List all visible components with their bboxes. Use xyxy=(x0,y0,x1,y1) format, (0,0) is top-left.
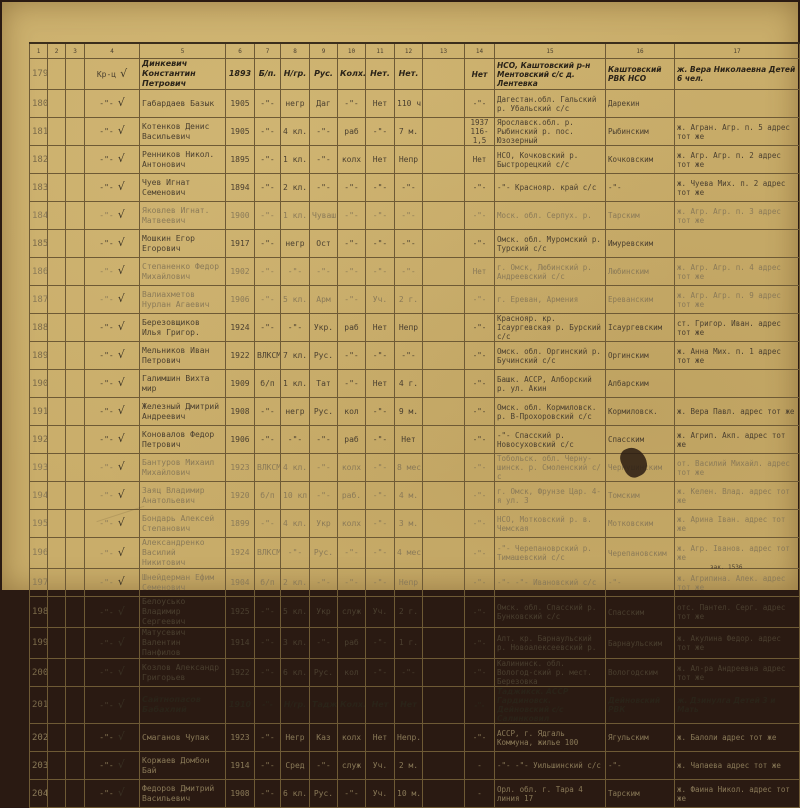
checkmark-icon: √ xyxy=(118,180,125,193)
col-11: Нет. xyxy=(366,59,395,90)
full-name: Заяц Владимир Анатольевич xyxy=(140,482,226,510)
full-name: Валиахметов Нурлан Агаевич xyxy=(140,286,226,314)
col-13 xyxy=(423,90,465,118)
col-14: -"- xyxy=(465,342,495,370)
col-11: Уч. xyxy=(366,286,395,314)
birthplace: г. Омск, Фрунзе Цар. 4-я ул. 3 xyxy=(495,482,606,510)
column-number-7: 7 xyxy=(255,43,281,59)
table-row: 179Кр-ц√Динкевич Константин Петрович1893… xyxy=(30,59,800,90)
full-name: Котенков Денис Васильевич xyxy=(140,118,226,146)
rank: -"-√ xyxy=(85,454,140,482)
col-14: -"- xyxy=(465,90,495,118)
rank: -"-√ xyxy=(85,90,140,118)
birthplace: -"- -"- Ивановский с/с xyxy=(495,569,606,593)
col-3 xyxy=(66,538,85,569)
col-13 xyxy=(423,370,465,398)
education: 5 кл. xyxy=(281,286,310,314)
col-11: Нет xyxy=(366,314,395,342)
col-14: Нет xyxy=(465,258,495,286)
col-14: Нет xyxy=(465,146,495,174)
print-order-code: зак. 1536 xyxy=(710,564,743,571)
col-13 xyxy=(423,202,465,230)
table-row: 186-"-√Степаненко Федор Михайлович1902-"… xyxy=(30,258,800,286)
col-14: -"- xyxy=(465,398,495,426)
conscripted-by-rvk: Ереванским xyxy=(606,286,675,314)
col-2 xyxy=(48,482,66,510)
table-row: 191-"-√Железный Дмитрий Андреевич1908-"-… xyxy=(30,398,800,426)
birth-year: 1895 xyxy=(226,146,255,174)
nationality: Тат xyxy=(310,370,338,398)
row-number: 191 xyxy=(30,398,48,426)
col-3 xyxy=(66,342,85,370)
col-12: Непр xyxy=(395,569,423,593)
family-address: ст. Григор. Иван. адрес тот же xyxy=(675,314,800,342)
birthplace: г. Ереван, Армения xyxy=(495,286,606,314)
col-12: 7 м. xyxy=(395,118,423,146)
rank: -"-√ xyxy=(85,569,140,593)
birth-year: 1909 xyxy=(226,370,255,398)
checkmark-icon: √ xyxy=(118,348,125,361)
party-membership: б/п xyxy=(255,482,281,510)
row-number: 183 xyxy=(30,174,48,202)
family-address: ж. Агр. Агр. п. 9 адрес тот же xyxy=(675,286,800,314)
column-number-14: 14 xyxy=(465,43,495,59)
nationality: -"- xyxy=(310,426,338,454)
table-row: 181-"-√Котенков Денис Васильевич1905-"-4… xyxy=(30,118,800,146)
column-number-2: 2 xyxy=(48,43,66,59)
column-number-12: 12 xyxy=(395,43,423,59)
full-name: Чуев Игнат Семенович xyxy=(140,174,226,202)
rank: -"-√ xyxy=(85,426,140,454)
row-number: 190 xyxy=(30,370,48,398)
family-address xyxy=(675,230,800,258)
conscripted-by-rvk: Рыбинским xyxy=(606,118,675,146)
column-number-1: 1 xyxy=(30,43,48,59)
nationality: Рус. xyxy=(310,538,338,569)
family-address: ж. Агр. Агр. п. 4 адрес тот же xyxy=(675,258,800,286)
row-number: 189 xyxy=(30,342,48,370)
col-14: -"- xyxy=(465,230,495,258)
col-14: -"- xyxy=(465,426,495,454)
nationality: -"- xyxy=(310,146,338,174)
full-name: Александренко Василий Никитович xyxy=(140,538,226,569)
full-name: Галимшин Вихта мир xyxy=(140,370,226,398)
col-2 xyxy=(48,118,66,146)
col-14: -"- xyxy=(465,454,495,482)
rank: -"-√ xyxy=(85,202,140,230)
col-13 xyxy=(423,454,465,482)
row-number: 194 xyxy=(30,482,48,510)
col-12: 4 г. xyxy=(395,370,423,398)
column-number-10: 10 xyxy=(338,43,366,59)
birthplace: Башк. АССР, Алборский р. ул. Акин xyxy=(495,370,606,398)
conscripted-by-rvk: Черепановским xyxy=(606,538,675,569)
row-number: 181 xyxy=(30,118,48,146)
col-12: -"- xyxy=(395,342,423,370)
col-2 xyxy=(48,454,66,482)
table-row: 189-"-√Мельников Иван Петрович1922ВЛКСМ7… xyxy=(30,342,800,370)
col-12: 3 м. xyxy=(395,510,423,538)
checkmark-icon: √ xyxy=(118,575,125,588)
col-11: -"- xyxy=(366,118,395,146)
birthplace: НСО, Мотковский р. в. Чемская xyxy=(495,510,606,538)
social-origin: -"- xyxy=(338,202,366,230)
checkmark-icon: √ xyxy=(118,292,125,305)
education: 7 кл. xyxy=(281,342,310,370)
col-3 xyxy=(66,510,85,538)
family-address: ж. Арина Іван. адрес тот же xyxy=(675,510,800,538)
row-number: 185 xyxy=(30,230,48,258)
education: негр xyxy=(281,230,310,258)
conscript-ledger-table: 1234567891011121314151617 179Кр-ц√Динкев… xyxy=(29,42,800,592)
rank-text: -"- xyxy=(99,155,113,164)
col-13 xyxy=(423,258,465,286)
col-2 xyxy=(48,569,66,593)
nationality: Укр xyxy=(310,510,338,538)
education: 4 кл. xyxy=(281,454,310,482)
full-name: Железный Дмитрий Андреевич xyxy=(140,398,226,426)
col-13 xyxy=(423,569,465,593)
col-2 xyxy=(48,146,66,174)
checkmark-icon: √ xyxy=(118,404,125,417)
social-origin: -"- xyxy=(338,174,366,202)
rank: -"-√ xyxy=(85,398,140,426)
party-membership: -"- xyxy=(255,202,281,230)
table-row: 190-"-√Галимшин Вихта мир1909б/п1 кл.Тат… xyxy=(30,370,800,398)
col-2 xyxy=(48,202,66,230)
conscripted-by-rvk: -"- xyxy=(606,569,675,593)
col-3 xyxy=(66,146,85,174)
col-14: -"- xyxy=(465,510,495,538)
conscripted-by-rvk: Любинским xyxy=(606,258,675,286)
rank: -"-√ xyxy=(85,258,140,286)
col-12: 4 м. xyxy=(395,482,423,510)
table-row: 184-"-√Яковлев Игнат. Матвеевич1900-"-1 … xyxy=(30,202,800,230)
checkmark-icon: √ xyxy=(118,124,125,137)
family-address: ж. Агрип. Акп. адрес тот же xyxy=(675,426,800,454)
checkmark-icon: √ xyxy=(118,208,125,221)
party-membership: -"- xyxy=(255,118,281,146)
conscripted-by-rvk: Спасским xyxy=(606,426,675,454)
col-3 xyxy=(66,482,85,510)
social-origin: -"- xyxy=(338,342,366,370)
social-origin: Колх. xyxy=(338,59,366,90)
table-row: 193-"-√Бантуров Михаил Михайлович1923ВЛК… xyxy=(30,454,800,482)
social-origin: -"- xyxy=(338,569,366,593)
row-number: 196 xyxy=(30,538,48,569)
col-13 xyxy=(423,59,465,90)
social-origin: раб xyxy=(338,118,366,146)
row-number: 187 xyxy=(30,286,48,314)
birthplace: -"- Спасский р. Новосуховский с/с xyxy=(495,426,606,454)
col-12: -"- xyxy=(395,202,423,230)
column-number-8: 8 xyxy=(281,43,310,59)
table-row: 180-"-√Габардаев Базык1905-"-негрДаг-"-Н… xyxy=(30,90,800,118)
col-3 xyxy=(66,286,85,314)
col-12: 2 г. xyxy=(395,286,423,314)
col-13 xyxy=(423,342,465,370)
rank-text: -"- xyxy=(99,435,113,444)
row-number: 195 xyxy=(30,510,48,538)
education: 2 кл. xyxy=(281,569,310,593)
rank-text: -"- xyxy=(99,127,113,136)
rank: -"-√ xyxy=(85,286,140,314)
social-origin: колх xyxy=(338,510,366,538)
education: -"- xyxy=(281,538,310,569)
social-origin: раб. xyxy=(338,482,366,510)
rank: -"-√ xyxy=(85,230,140,258)
col-3 xyxy=(66,569,85,593)
social-origin: -"- xyxy=(338,286,366,314)
col-14: -"- xyxy=(465,370,495,398)
nationality: Рус. xyxy=(310,342,338,370)
col-11: -"- xyxy=(366,482,395,510)
nationality: -"- xyxy=(310,174,338,202)
birthplace: Дагестан.обл. Гальский р. Убальский с/с xyxy=(495,90,606,118)
conscripted-by-rvk: -"- xyxy=(606,174,675,202)
row-number: 193 xyxy=(30,454,48,482)
col-13 xyxy=(423,426,465,454)
nationality: Чуваш xyxy=(310,202,338,230)
birth-year: 1920 xyxy=(226,482,255,510)
family-address: ж. Агр. Агр. п. 2 адрес тот же xyxy=(675,146,800,174)
col-13 xyxy=(423,146,465,174)
family-address xyxy=(675,90,800,118)
birth-year: 1900 xyxy=(226,202,255,230)
table-row: 185-"-√Мошкин Егор Егорович1917-"-негрОс… xyxy=(30,230,800,258)
col-12: 4 мес. xyxy=(395,538,423,569)
col-2 xyxy=(48,538,66,569)
family-address: от. Василий Михайл. адрес тот же xyxy=(675,454,800,482)
table-row: 182-"-√Ренников Никол. Антонович1895-"-1… xyxy=(30,146,800,174)
nationality: Арм xyxy=(310,286,338,314)
rank-text: -"- xyxy=(99,267,113,276)
party-membership: -"- xyxy=(255,426,281,454)
col-11: -"- xyxy=(366,510,395,538)
conscripted-by-rvk: Албарским xyxy=(606,370,675,398)
birthplace: НСО, Каштовский р-н Ментовский с/с д. Ле… xyxy=(495,59,606,90)
column-number-11: 11 xyxy=(366,43,395,59)
column-number-row: 1234567891011121314151617 xyxy=(30,43,800,59)
table-row: 196-"-√Александренко Василий Никитович19… xyxy=(30,538,800,569)
family-address: ж. Вера Николаевна Детей 6 чел. xyxy=(675,59,800,90)
col-11: -"- xyxy=(366,230,395,258)
education: негр xyxy=(281,398,310,426)
birthplace: Краснояр. кр. Ісаургевская р. Бурский с/… xyxy=(495,314,606,342)
col-2 xyxy=(48,370,66,398)
col-14: -"- xyxy=(465,538,495,569)
col-2 xyxy=(48,230,66,258)
education: 1 кл. xyxy=(281,146,310,174)
conscripted-by-rvk: Мотковским xyxy=(606,510,675,538)
column-number-4: 4 xyxy=(85,43,140,59)
nationality: Рус. xyxy=(310,59,338,90)
col-14: -"- xyxy=(465,482,495,510)
col-3 xyxy=(66,258,85,286)
checkmark-icon: √ xyxy=(118,546,125,559)
checkmark-icon: √ xyxy=(118,432,125,445)
col-3 xyxy=(66,314,85,342)
col-13 xyxy=(423,230,465,258)
education: 2 кл. xyxy=(281,174,310,202)
party-membership: -"- xyxy=(255,286,281,314)
birth-year: 1902 xyxy=(226,258,255,286)
col-11: Нет xyxy=(366,146,395,174)
col-3 xyxy=(66,59,85,90)
col-3 xyxy=(66,370,85,398)
col-12: Непр xyxy=(395,146,423,174)
table-row: 192-"-√Коновалов Федор Петрович1906-"--"… xyxy=(30,426,800,454)
social-origin: раб xyxy=(338,426,366,454)
birthplace: Омск. обл. Кормиловск. р. В-Прохоровский… xyxy=(495,398,606,426)
table-row: 187-"-√Валиахметов Нурлан Агаевич1906-"-… xyxy=(30,286,800,314)
col-2 xyxy=(48,342,66,370)
nationality: -"- xyxy=(310,569,338,593)
checkmark-icon: √ xyxy=(118,320,125,333)
row-number: 182 xyxy=(30,146,48,174)
social-origin: колх xyxy=(338,454,366,482)
col-13 xyxy=(423,174,465,202)
checkmark-icon: √ xyxy=(120,67,127,80)
full-name: Яковлев Игнат. Матвеевич xyxy=(140,202,226,230)
col-11: -"- xyxy=(366,398,395,426)
birthplace: Моск. обл. Серпух. р. xyxy=(495,202,606,230)
birthplace: НСО, Кочковский р. Быстрорецкий с/с xyxy=(495,146,606,174)
col-3 xyxy=(66,454,85,482)
party-membership: Б/п. xyxy=(255,59,281,90)
row-number: 186 xyxy=(30,258,48,286)
rank: -"-√ xyxy=(85,174,140,202)
col-2 xyxy=(48,314,66,342)
conscripted-by-rvk: Кормиловск. xyxy=(606,398,675,426)
row-number: 188 xyxy=(30,314,48,342)
col-12: Нет xyxy=(395,426,423,454)
rank-text: -"- xyxy=(99,99,113,108)
checkmark-icon: √ xyxy=(118,460,125,473)
education: -"- xyxy=(281,314,310,342)
birthplace: Омск. обл. Оргинский р. Бучинский с/с xyxy=(495,342,606,370)
column-number-5: 5 xyxy=(140,43,226,59)
checkmark-icon: √ xyxy=(118,376,125,389)
col-14: -"- xyxy=(465,314,495,342)
col-14: -"- xyxy=(465,202,495,230)
column-number-3: 3 xyxy=(66,43,85,59)
col-3 xyxy=(66,202,85,230)
nationality: Укр. xyxy=(310,314,338,342)
social-origin: -"- xyxy=(338,90,366,118)
birth-year: 1893 xyxy=(226,59,255,90)
table-row: 194-"-√Заяц Владимир Анатольевич1920б/п1… xyxy=(30,482,800,510)
full-name: Коновалов Федор Петрович xyxy=(140,426,226,454)
col-11: -"- xyxy=(366,454,395,482)
family-address: ж. Келен. Влад. адрес тот же xyxy=(675,482,800,510)
col-13 xyxy=(423,538,465,569)
family-address: ж. Агрипина. Алек. адрес тот же xyxy=(675,569,800,593)
checkmark-icon: √ xyxy=(118,264,125,277)
party-membership: -"- xyxy=(255,510,281,538)
birthplace: -"- Черепановрский р. Тимашевский с/с xyxy=(495,538,606,569)
education: негр xyxy=(281,90,310,118)
col-12: 9 м. xyxy=(395,398,423,426)
conscripted-by-rvk: Тарским xyxy=(606,202,675,230)
col-11: -"- xyxy=(366,538,395,569)
party-membership: -"- xyxy=(255,230,281,258)
rank: -"-√ xyxy=(85,146,140,174)
birth-year: 1908 xyxy=(226,398,255,426)
birthplace: г. Омск, Любинский р. Андреевский с/с xyxy=(495,258,606,286)
rank-text: Кр-ц xyxy=(97,70,116,79)
column-number-9: 9 xyxy=(310,43,338,59)
rank-text: -"- xyxy=(99,295,113,304)
birth-year: 1894 xyxy=(226,174,255,202)
col-3 xyxy=(66,118,85,146)
education: 1 кл. xyxy=(281,202,310,230)
nationality: -"- xyxy=(310,454,338,482)
rank-text: -"- xyxy=(99,239,113,248)
rank-text: -"- xyxy=(99,379,113,388)
column-number-13: 13 xyxy=(423,43,465,59)
education: 1 кл. xyxy=(281,370,310,398)
col-11: -"- xyxy=(366,426,395,454)
family-address: ж. Агр. Агр. п. 3 адрес тот же xyxy=(675,202,800,230)
family-address xyxy=(675,370,800,398)
col-11: -"- xyxy=(366,258,395,286)
col-12: -"- xyxy=(395,230,423,258)
col-13 xyxy=(423,286,465,314)
conscripted-by-rvk: Оргинским xyxy=(606,342,675,370)
birthplace: Омск. обл. Муромский р. Турский с/с xyxy=(495,230,606,258)
social-origin: -"- xyxy=(338,230,366,258)
social-origin: колх xyxy=(338,146,366,174)
col-13 xyxy=(423,510,465,538)
column-number-16: 16 xyxy=(606,43,675,59)
birth-year: 1924 xyxy=(226,314,255,342)
full-name: Бантуров Михаил Михайлович xyxy=(140,454,226,482)
checkmark-icon: √ xyxy=(118,96,125,109)
rank: -"-√ xyxy=(85,538,140,569)
social-origin: кол xyxy=(338,398,366,426)
education: 4 кл. xyxy=(281,118,310,146)
rank: -"-√ xyxy=(85,314,140,342)
party-membership: б/п xyxy=(255,370,281,398)
col-2 xyxy=(48,90,66,118)
row-number: 192 xyxy=(30,426,48,454)
family-address: ж. Агран. Агр. п. 5 адрес тот же xyxy=(675,118,800,146)
party-membership: -"- xyxy=(255,174,281,202)
rank-text: -"- xyxy=(99,407,113,416)
nationality: -"- xyxy=(310,482,338,510)
full-name: Мошкин Егор Егорович xyxy=(140,230,226,258)
checkmark-icon: √ xyxy=(118,236,125,249)
family-address: ж. Вера Павл. адрес тот же xyxy=(675,398,800,426)
conscripted-by-rvk: Дарекин xyxy=(606,90,675,118)
party-membership: ВЛКСМ xyxy=(255,454,281,482)
rank-text: -"- xyxy=(99,211,113,220)
table-row: 183-"-√Чуев Игнат Семенович1894-"-2 кл.-… xyxy=(30,174,800,202)
rank-text: -"- xyxy=(99,183,113,192)
birth-year: 1922 xyxy=(226,342,255,370)
birth-year: 1899 xyxy=(226,510,255,538)
full-name: Степаненко Федор Михайлович xyxy=(140,258,226,286)
col-11: -"- xyxy=(366,569,395,593)
education: -"- xyxy=(281,426,310,454)
birth-year: 1904 xyxy=(226,569,255,593)
party-membership: -"- xyxy=(255,258,281,286)
col-14: 1937 116-1,5 xyxy=(465,118,495,146)
party-membership: -"- xyxy=(255,146,281,174)
full-name: Ренников Никол. Антонович xyxy=(140,146,226,174)
social-origin: -"- xyxy=(338,538,366,569)
